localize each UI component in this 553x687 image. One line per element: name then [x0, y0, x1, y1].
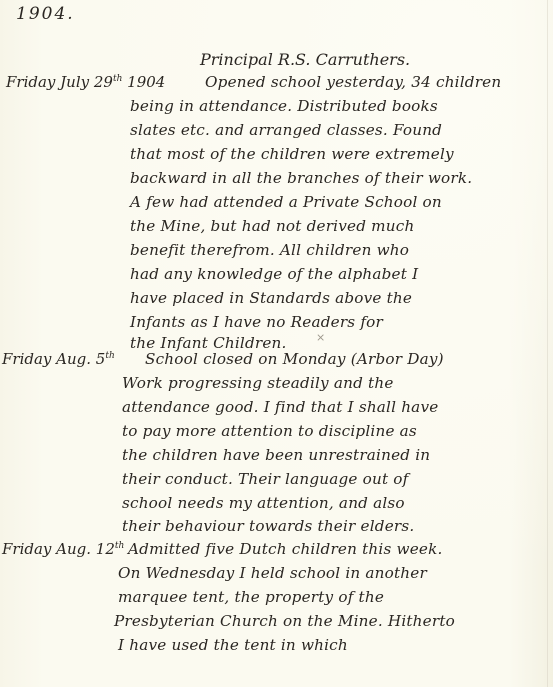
entry-line: their conduct. Their language out of	[122, 470, 408, 488]
entry-line: A few had attended a Private School on	[130, 193, 442, 211]
entry-line: have placed in Standards above the	[130, 289, 412, 307]
entry-line: benefit therefrom. All children who	[130, 241, 409, 259]
margin-mark: ×	[316, 331, 325, 344]
principal-heading: Principal R.S. Carruthers.	[200, 50, 410, 69]
logbook-page: 1904. Principal R.S. Carruthers. Friday …	[0, 0, 553, 687]
entry-line: the Mine, but had not derived much	[130, 217, 414, 235]
entry-date-suffix: th	[105, 351, 114, 361]
entry-line: their behaviour towards their elders.	[122, 517, 414, 535]
entry-date-text: Friday July 29	[6, 73, 113, 91]
year-heading: 1904.	[16, 4, 75, 24]
entry-line: Presbyterian Church on the Mine. Hithert…	[114, 612, 455, 630]
entry-line: had any knowledge of the alphabet I	[130, 265, 418, 283]
entry-line: attendance good. I find that I shall hav…	[122, 398, 438, 416]
entry-line: school needs my attention, and also	[122, 494, 405, 512]
entry-line: School closed on Monday (Arbor Day)	[145, 350, 444, 368]
entry-date-text: Friday Aug. 5	[2, 350, 105, 368]
entry-date-suffix: th	[115, 541, 124, 551]
entry-line: backward in all the branches of their wo…	[130, 169, 472, 187]
entry-line: I have used the tent in which	[118, 636, 348, 654]
entry-line: Infants as I have no Readers for	[130, 313, 383, 331]
entry-date-year: 1904	[122, 73, 165, 91]
entry-date-aug-5: Friday Aug. 5th	[2, 350, 115, 368]
entry-date-july-29: Friday July 29th 1904	[6, 73, 165, 91]
entry-line: On Wednesday I held school in another	[118, 564, 427, 582]
entry-date-aug-12: Friday Aug. 12th	[2, 540, 124, 558]
entry-date-suffix: th	[113, 74, 122, 84]
entry-line: marquee tent, the property of the	[118, 588, 384, 606]
entry-line: Work progressing steadily and the	[122, 374, 394, 392]
entry-line: being in attendance. Distributed books	[130, 97, 438, 115]
entry-line: the children have been unrestrained in	[122, 446, 430, 464]
entry-date-text: Friday Aug. 12	[2, 540, 115, 558]
page-fold	[547, 0, 548, 687]
entry-line: Opened school yesterday, 34 children	[205, 73, 501, 91]
entry-line: that most of the children were extremely	[130, 145, 454, 163]
entry-line: slates etc. and arranged classes. Found	[130, 121, 442, 139]
entry-line: to pay more attention to discipline as	[122, 422, 417, 440]
entry-line: Admitted five Dutch children this week.	[128, 540, 443, 558]
